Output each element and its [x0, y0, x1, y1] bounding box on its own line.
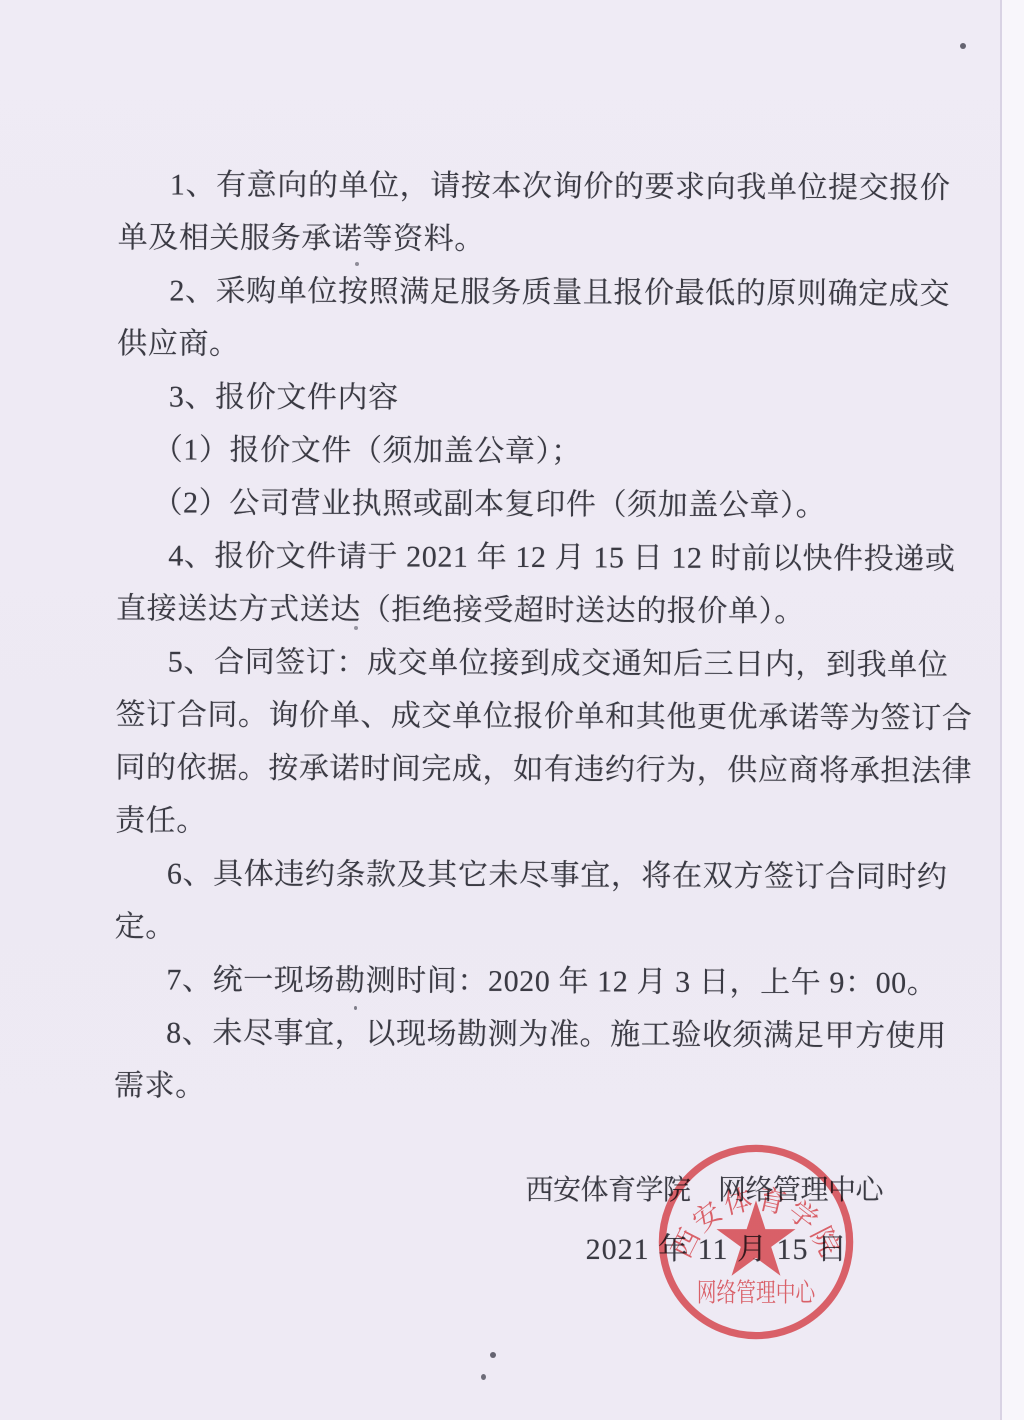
- scan-speck: [354, 626, 358, 630]
- scan-speck: [355, 262, 359, 266]
- body-line: 同的依据。按承诺时间完成，如有违约行为，供应商将承担法律: [115, 741, 915, 797]
- body-line: 5、合同签订：成交单位接到成交通知后三日内，到我单位: [116, 635, 916, 691]
- scan-speck: [481, 1374, 486, 1380]
- seal-bottom-text: 网络管理中心: [697, 1278, 816, 1307]
- scan-speck: [354, 1006, 357, 1010]
- body-line: 供应商。: [117, 317, 917, 373]
- document-body: 1、有意向的单位，请按本次询价的要求向我单位提交报价 单及相关服务承诺等资料。 …: [114, 158, 918, 1115]
- body-line: 2、采购单位按照满足服务质量且报价最低的原则确定成交: [117, 264, 917, 320]
- body-line: 签订合同。询价单、成交单位报价单和其他更优承诺等为签订合: [115, 688, 915, 744]
- body-line: 4、报价文件请于 2021 年 12 月 15 日 12 时前以快件投递或: [116, 529, 916, 585]
- body-line: 直接送达方式送达（拒绝接受超时送达的报价单）。: [116, 582, 916, 638]
- body-line: 单及相关服务承诺等资料。: [118, 211, 918, 267]
- body-line: （2）公司营业执照或副本复印件（须加盖公章）。: [116, 476, 916, 532]
- body-line: 1、有意向的单位，请按本次询价的要求向我单位提交报价: [118, 158, 918, 214]
- body-line: 6、具体违约条款及其它未尽事宜，将在双方签订合同时约: [115, 847, 915, 903]
- body-line: 3、报价文件内容: [117, 370, 917, 426]
- body-line: 7、统一现场勘测时间：2020 年 12 月 3 日，上午 9：00。: [114, 953, 914, 1009]
- scan-speck: [490, 1352, 496, 1358]
- scan-speck: [960, 43, 966, 49]
- body-line: 定。: [115, 900, 915, 956]
- body-line: （1）报价文件（须加盖公章）；: [117, 423, 917, 479]
- body-line: 责任。: [115, 794, 915, 850]
- body-line: 需求。: [114, 1059, 914, 1115]
- body-line: 8、未尽事宜，以现场勘测为准。施工验收须满足甲方使用: [114, 1006, 914, 1062]
- scan-edge-strip: [1000, 0, 1024, 1420]
- official-seal-stamp: 西安体育学院 网络管理中心: [652, 1138, 860, 1346]
